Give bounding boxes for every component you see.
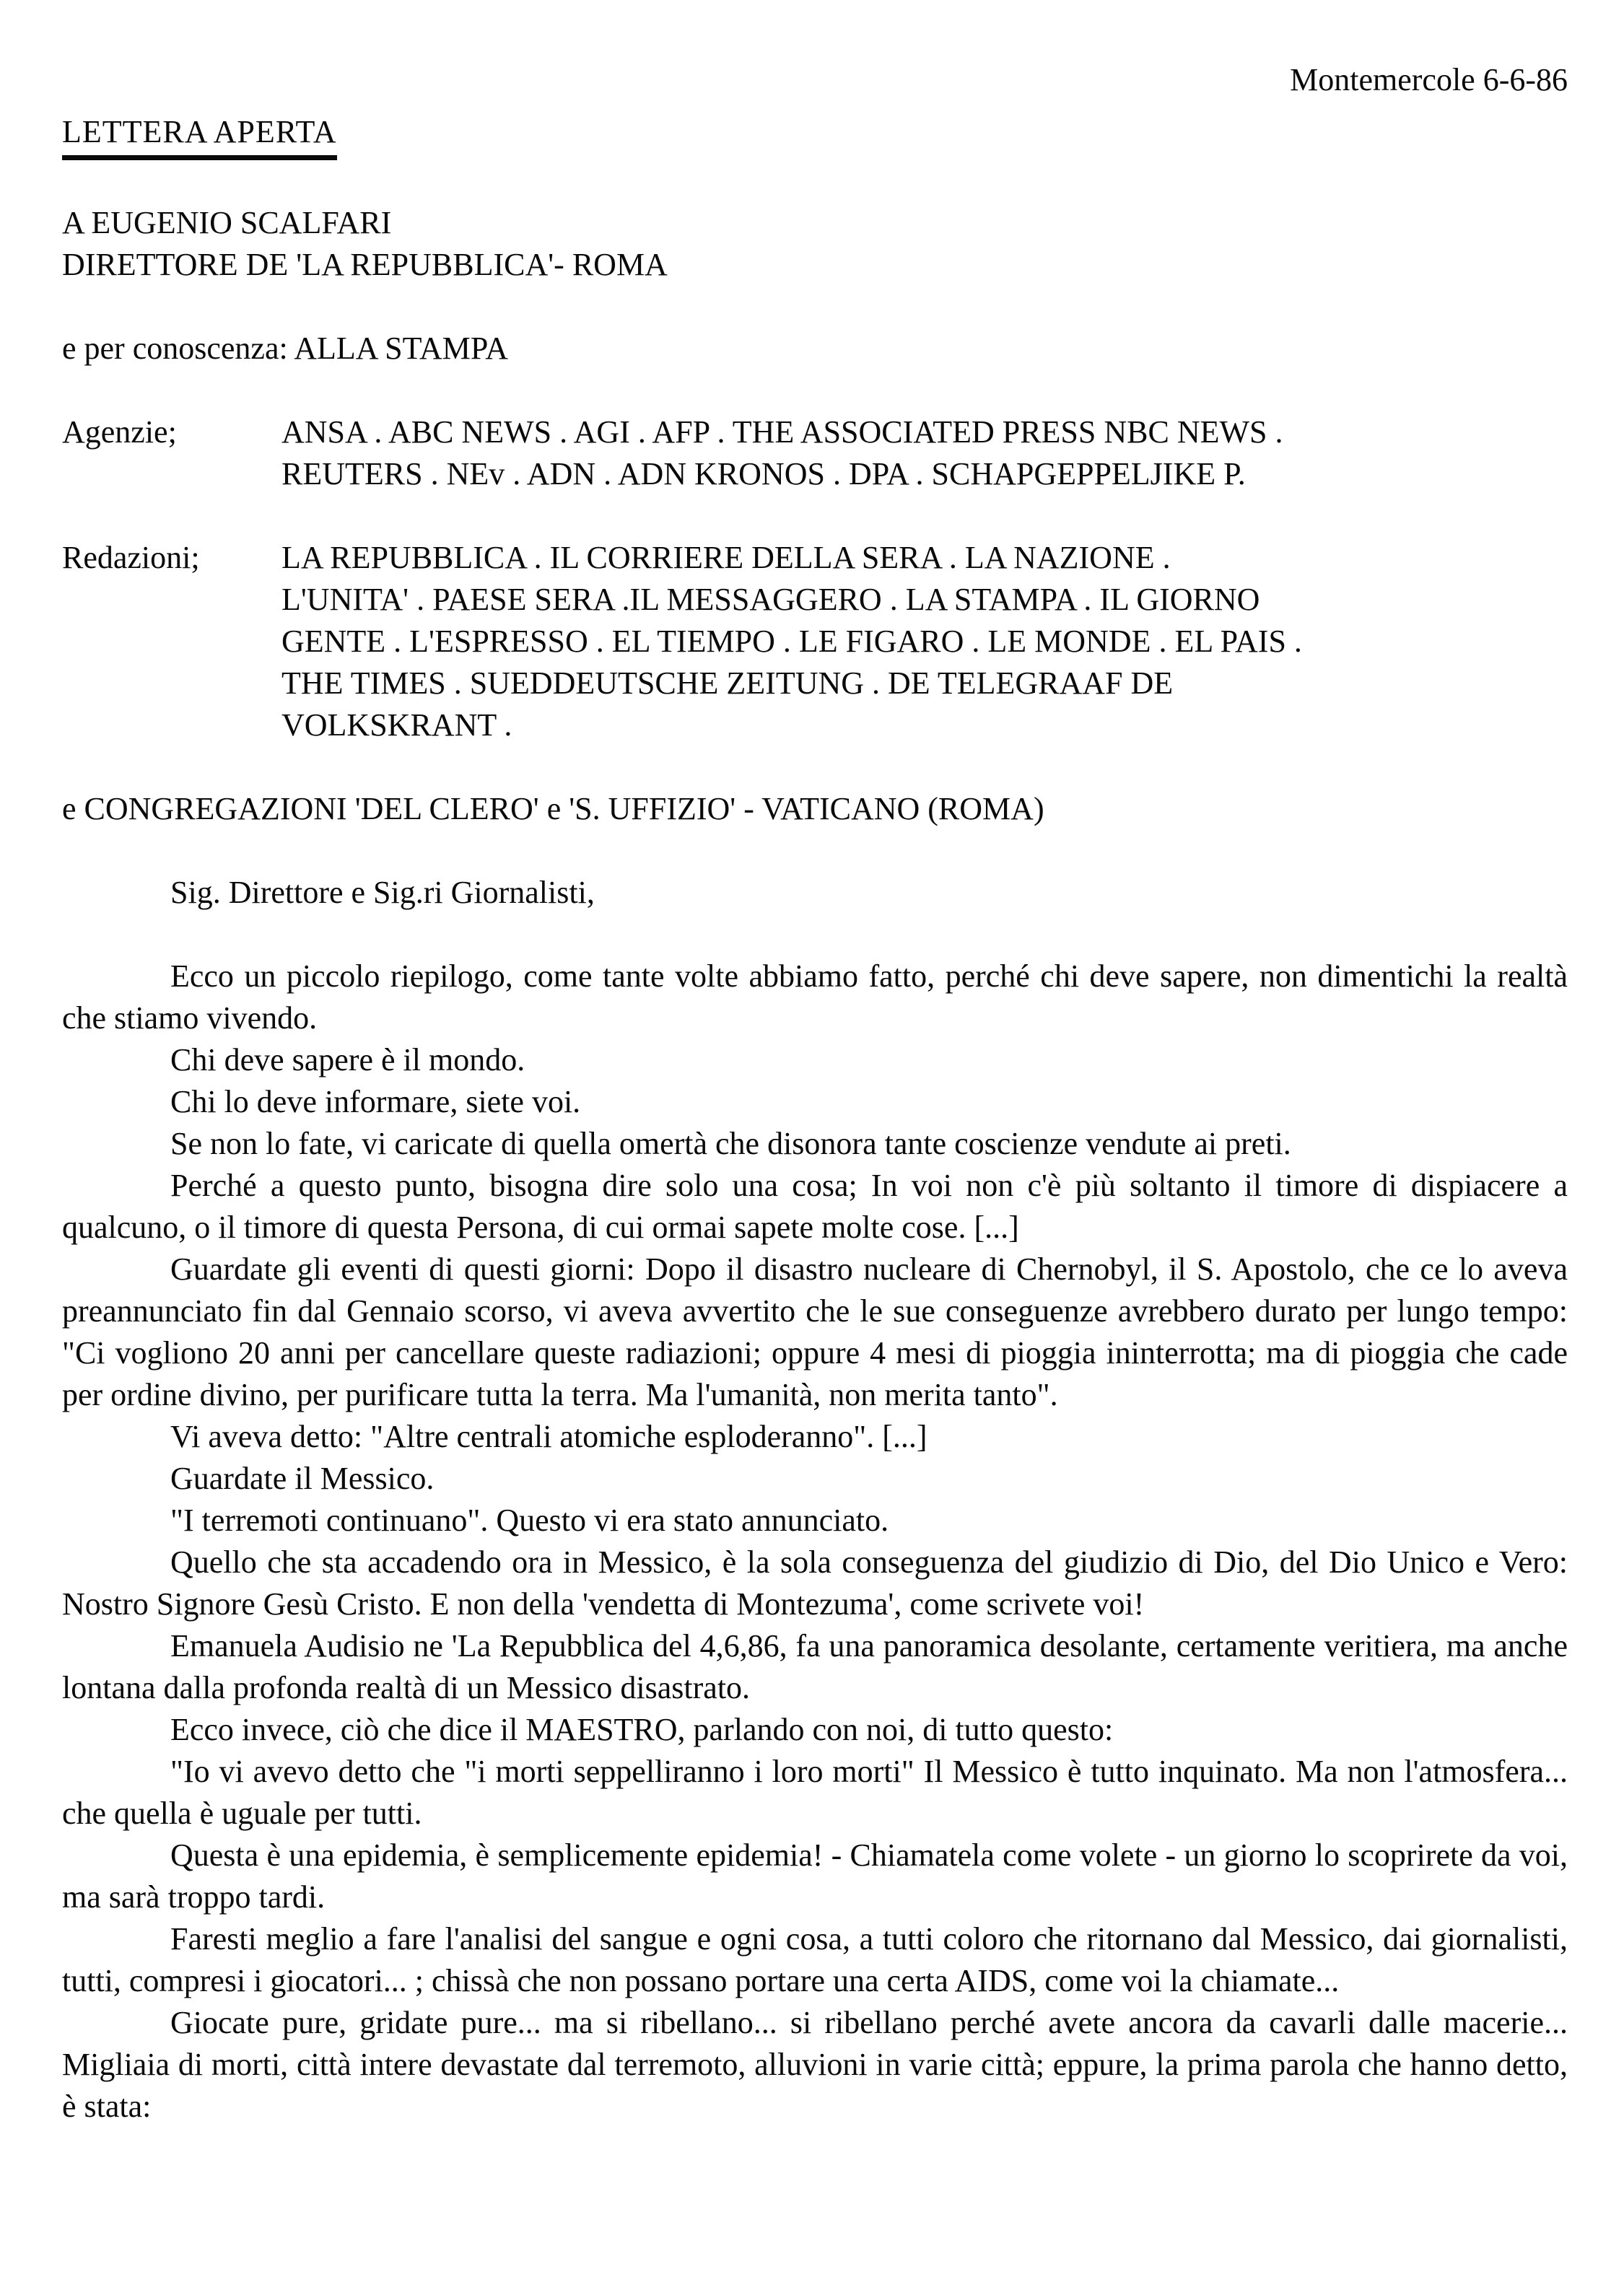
body-paragraph: Emanuela Audisio ne 'La Repubblica del 4…: [62, 1625, 1568, 1709]
body-paragraph: "I terremoti continuano". Questo vi era …: [62, 1500, 1568, 1542]
body-paragraph: Vi aveva detto: "Altre centrali atomiche…: [62, 1416, 1568, 1458]
newsrooms-line: L'UNITA' . PAESE SERA .IL MESSAGGERO . L…: [281, 579, 1568, 621]
body-paragraph: Ecco un piccolo riepilogo, come tante vo…: [62, 956, 1568, 1039]
page-title-text: LETTERA APERTA: [62, 111, 337, 160]
body-paragraph: Guardate il Messico.: [62, 1458, 1568, 1500]
agencies-list: ANSA . ABC NEWS . AGI . AFP . THE ASSOCI…: [281, 411, 1568, 495]
recipient-block: A EUGENIO SCALFARI DIRETTORE DE 'LA REPU…: [62, 202, 1568, 286]
date-line: Montemercole 6-6-86: [62, 59, 1568, 101]
body-paragraph: Faresti meglio a fare l'analisi del sang…: [62, 1918, 1568, 2002]
body-paragraph: Quello che sta accadendo ora in Messico,…: [62, 1542, 1568, 1625]
agencies-line: REUTERS . NEv . ADN . ADN KRONOS . DPA .…: [281, 453, 1568, 495]
page-title: LETTERA APERTA: [62, 111, 1568, 160]
body-paragraph: Chi lo deve informare, siete voi.: [62, 1081, 1568, 1123]
letter-page: Montemercole 6-6-86 LETTERA APERTA A EUG…: [0, 0, 1624, 2295]
body-paragraph: Perché a questo punto, bisogna dire solo…: [62, 1165, 1568, 1249]
body-paragraph: Questa è una epidemia, è semplicemente e…: [62, 1835, 1568, 1918]
agencies-row: Agenzie; ANSA . ABC NEWS . AGI . AFP . T…: [62, 411, 1568, 495]
newsrooms-line: THE TIMES . SUEDDEUTSCHE ZEITUNG . DE TE…: [281, 663, 1568, 704]
congregations-line: e CONGREGAZIONI 'DEL CLERO' e 'S. UFFIZI…: [62, 788, 1568, 830]
agencies-line: ANSA . ABC NEWS . AGI . AFP . THE ASSOCI…: [281, 411, 1568, 453]
newsrooms-line: GENTE . L'ESPRESSO . EL TIEMPO . LE FIGA…: [281, 621, 1568, 663]
cc-line: e per conoscenza: ALLA STAMPA: [62, 328, 1568, 370]
newsrooms-line: LA REPUBBLICA . IL CORRIERE DELLA SERA .…: [281, 537, 1568, 579]
recipient-name-line: A EUGENIO SCALFARI: [62, 202, 1568, 244]
body-paragraph: Guardate gli eventi di questi giorni: Do…: [62, 1249, 1568, 1416]
newsrooms-list: LA REPUBBLICA . IL CORRIERE DELLA SERA .…: [281, 537, 1568, 746]
newsrooms-line: VOLKSKRANT .: [281, 704, 1568, 746]
letter-body: Ecco un piccolo riepilogo, come tante vo…: [62, 956, 1568, 2128]
salutation: Sig. Direttore e Sig.ri Giornalisti,: [62, 872, 1568, 914]
recipient-role-line: DIRETTORE DE 'LA REPUBBLICA'- ROMA: [62, 244, 1568, 286]
body-paragraph: Se non lo fate, vi caricate di quella om…: [62, 1123, 1568, 1165]
body-paragraph: Giocate pure, gridate pure... ma si ribe…: [62, 2002, 1568, 2128]
newsrooms-row: Redazioni; LA REPUBBLICA . IL CORRIERE D…: [62, 537, 1568, 746]
newsrooms-label: Redazioni;: [62, 537, 281, 579]
body-paragraph: Ecco invece, ciò che dice il MAESTRO, pa…: [62, 1709, 1568, 1751]
body-paragraph: "Io vi avevo detto che "i morti seppelli…: [62, 1751, 1568, 1835]
agencies-label: Agenzie;: [62, 411, 281, 453]
body-paragraph: Chi deve sapere è il mondo.: [62, 1039, 1568, 1081]
